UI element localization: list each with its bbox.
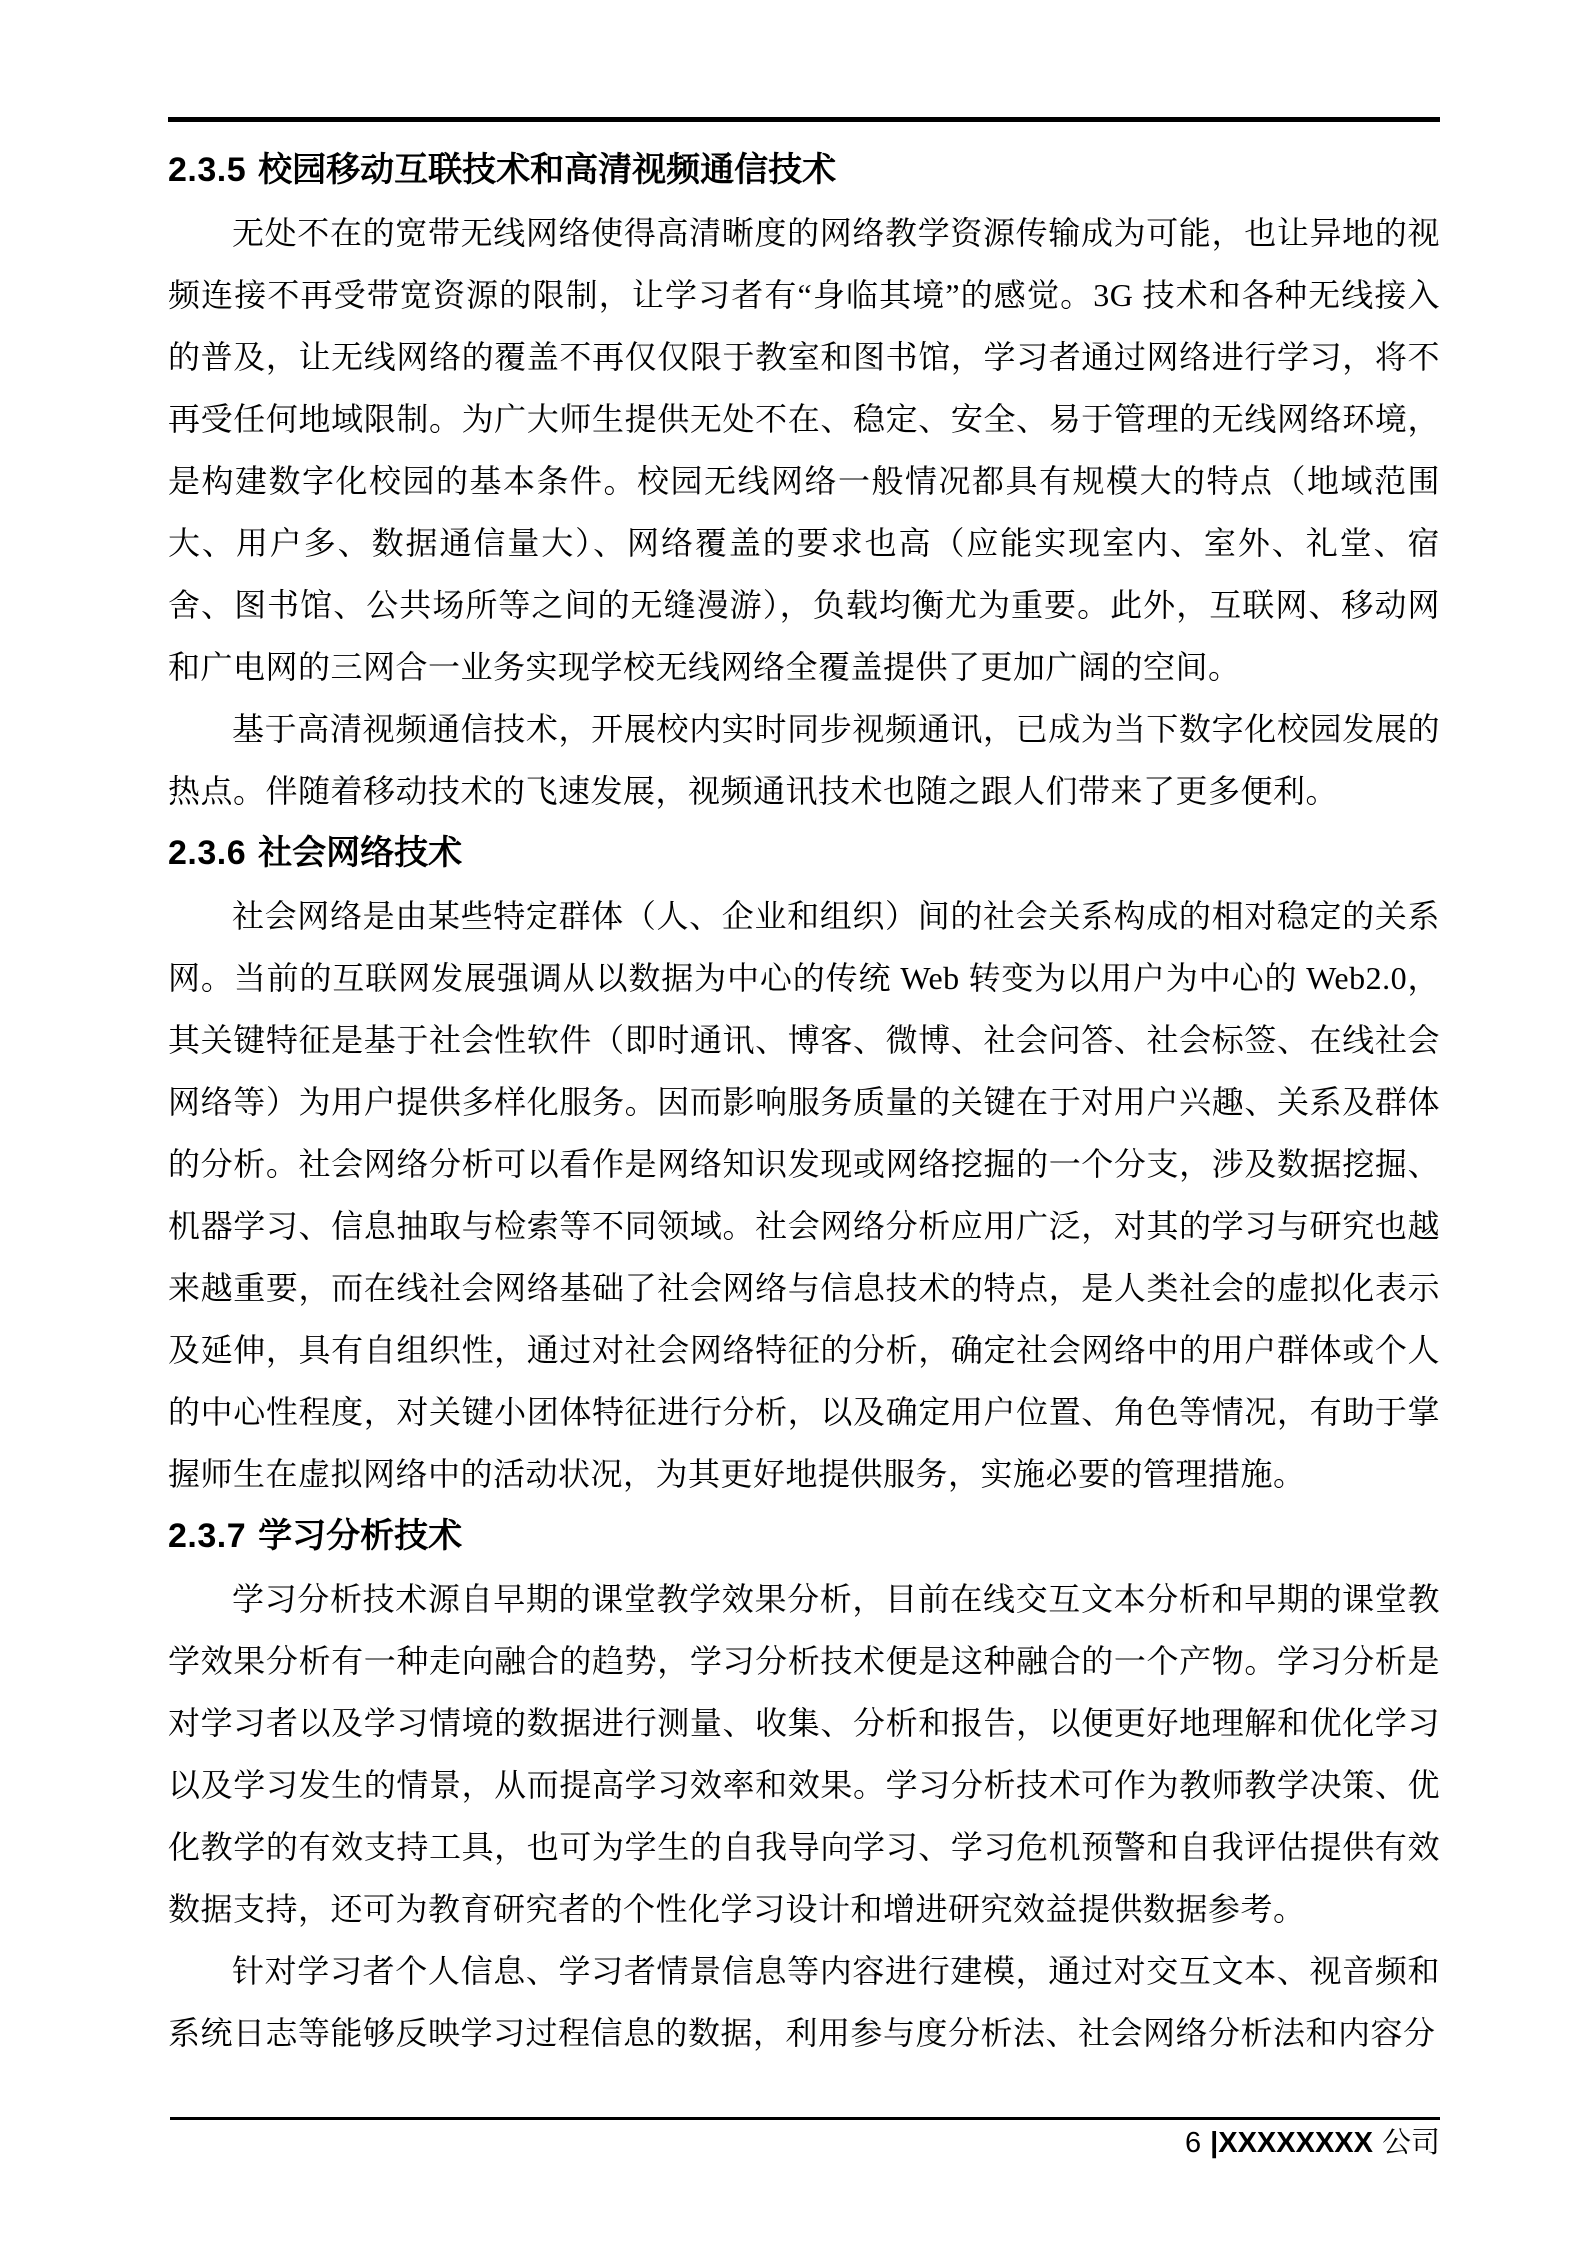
- footer-rule: [170, 2117, 1440, 2120]
- section-number: 2.3.5: [168, 139, 246, 202]
- header-rule: [168, 117, 1440, 122]
- section-heading-2-3-5: 2.3.5校园移动互联技术和高清视频通信技术: [168, 139, 1440, 202]
- paragraph: 无处不在的宽带无线网络使得高清晰度的网络教学资源传输成为可能，也让异地的视频连接…: [168, 202, 1440, 698]
- document-page: 2.3.5校园移动互联技术和高清视频通信技术 无处不在的宽带无线网络使得高清晰度…: [0, 0, 1587, 2245]
- section-number: 2.3.6: [168, 822, 246, 885]
- page-content: 2.3.5校园移动互联技术和高清视频通信技术 无处不在的宽带无线网络使得高清晰度…: [168, 139, 1440, 2064]
- footer-company: |XXXXXXXX: [1210, 2127, 1373, 2159]
- section-title: 学习分析技术: [258, 1517, 462, 1555]
- paragraph: 针对学习者个人信息、学习者情景信息等内容进行建模，通过对交互文本、视音频和系统日…: [168, 1940, 1440, 2064]
- section-heading-2-3-7: 2.3.7学习分析技术: [168, 1505, 1440, 1568]
- paragraph: 学习分析技术源自早期的课堂教学效果分析，目前在线交互文本分析和早期的课堂教学效果…: [168, 1568, 1440, 1940]
- section-number: 2.3.7: [168, 1505, 246, 1568]
- section-title: 社会网络技术: [258, 834, 462, 872]
- paragraph: 社会网络是由某些特定群体（人、企业和组织）间的社会关系构成的相对稳定的关系网。当…: [168, 885, 1440, 1505]
- section-heading-2-3-6: 2.3.6社会网络技术: [168, 822, 1440, 885]
- page-number: 6: [1185, 2127, 1201, 2159]
- paragraph: 基于高清视频通信技术，开展校内实时同步视频通讯，已成为当下数字化校园发展的热点。…: [168, 698, 1440, 822]
- footer-company-suffix: 公司: [1382, 2127, 1440, 2159]
- section-title: 校园移动互联技术和高清视频通信技术: [258, 151, 836, 189]
- page-footer: 6|XXXXXXXX公司: [1185, 2124, 1440, 2162]
